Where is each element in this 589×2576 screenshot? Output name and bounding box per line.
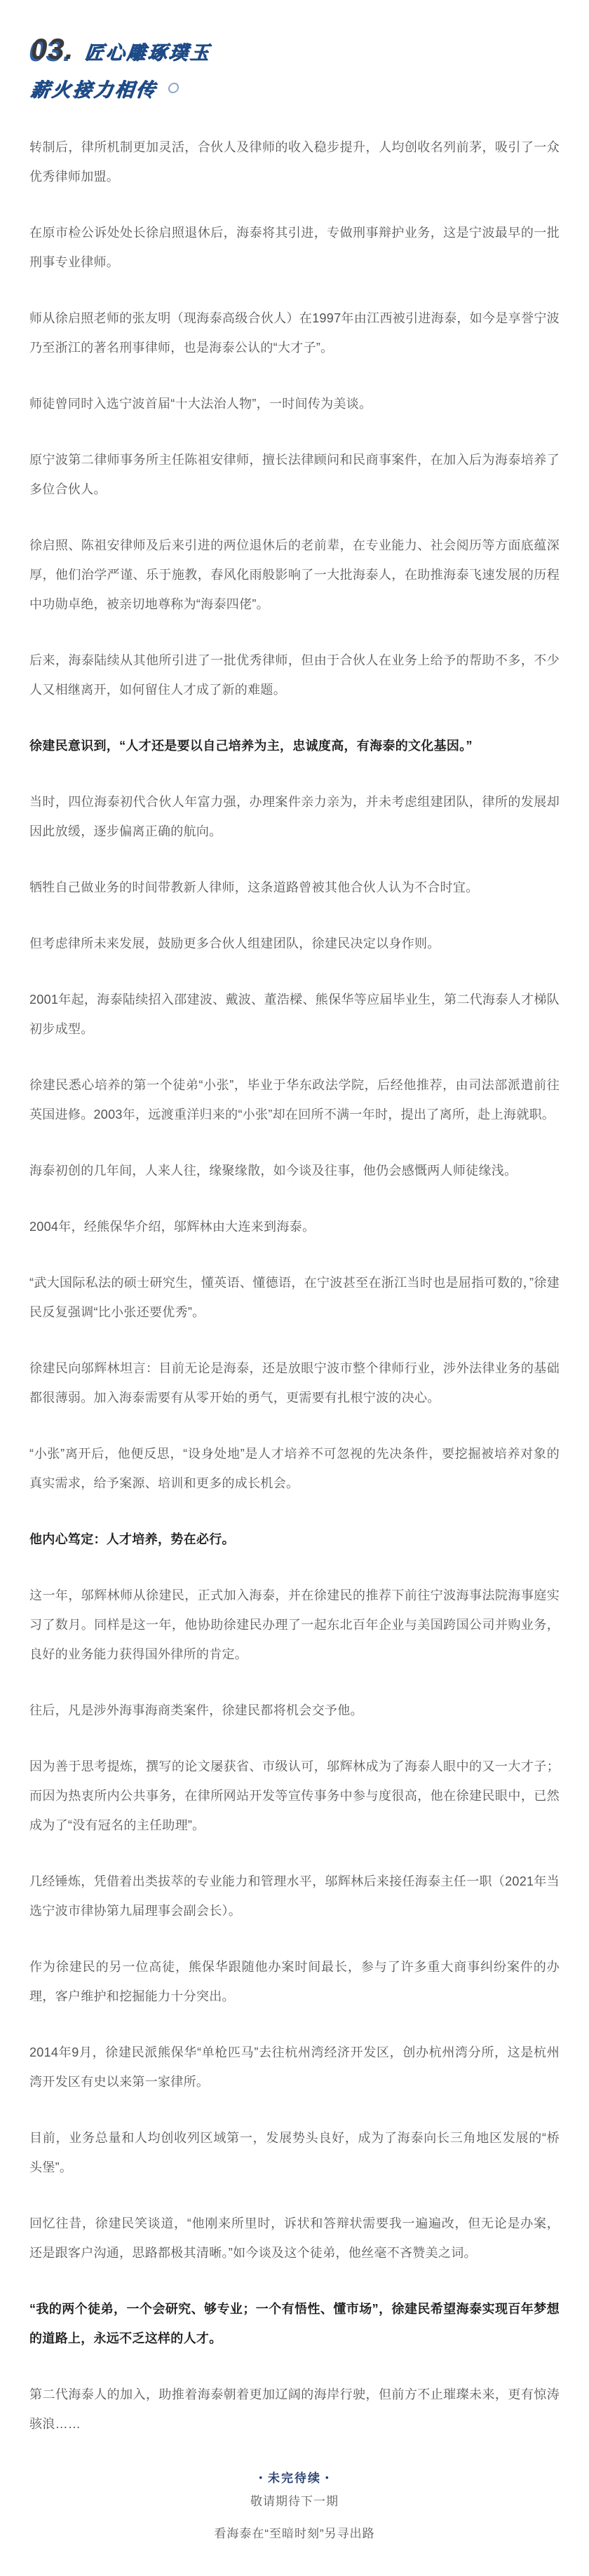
title-circle-icon	[168, 83, 180, 93]
paragraph: 徐建民悉心培养的第一个徒弟“小张”，毕业于华东政法学院，后经他推荐，由司法部派遣…	[29, 1070, 560, 1129]
right-dot-icon: •	[321, 2472, 334, 2483]
footer-line-2: 看海泰在“至暗时刻”另寻出路	[29, 2518, 560, 2550]
paragraph: 因为善于思考提炼，撰写的论文屡获省、市级认可，邬辉林成为了海泰人眼中的又一大才子…	[29, 1752, 560, 1840]
paragraph: 徐建民向邬辉林坦言：目前无论是海泰，还是放眼宁波市整个律师行业，涉外法律业务的基…	[29, 1354, 560, 1412]
left-dot-icon: •	[255, 2472, 268, 2483]
paragraph: 回忆往昔，徐建民笑谈道，“他刚来所里时，诉状和答辩状需要我一遍遍改，但无论是办案…	[29, 2209, 560, 2268]
footer: •未完待续• 敬请期待下一期 看海泰在“至暗时刻”另寻出路	[29, 2468, 560, 2550]
article-body: 转制后，律所机制更加灵活，合伙人及律师的收入稳步提升，人均创收名列前茅，吸引了一…	[29, 132, 560, 2439]
footer-line-1: 敬请期待下一期	[29, 2486, 560, 2518]
title-text-line1: 匠心雕琢璞玉	[83, 37, 212, 64]
title-line-2: 薪火接力相传	[31, 74, 560, 102]
paragraph: 师从徐启照老师的张友明（现海泰高级合伙人）在1997年由江西被引进海泰，如今是享…	[29, 304, 560, 362]
paragraph: 徐建民意识到，“人才还是要以自己培养为主，忠诚度高，有海泰的文化基因。”	[29, 731, 560, 761]
paragraph: “武大国际私法的硕士研究生，懂英语、懂德语，在宁波甚至在浙江当时也是屈指可数的，…	[29, 1268, 560, 1327]
paragraph: 在原市检公诉处处长徐启照退休后，海泰将其引进，专做刑事辩护业务，这是宁波最早的一…	[29, 218, 560, 277]
paragraph: 后来，海泰陆续从其他所引进了一批优秀律师，但由于合伙人在业务上给予的帮助不多，不…	[29, 646, 560, 704]
paragraph: 徐启照、陈祖安律师及后来引进的两位退休后的老前辈，在专业能力、社会阅历等方面底蕴…	[29, 531, 560, 619]
paragraph: 2004年，经熊保华介绍，邬辉林由大连来到海泰。	[29, 1212, 560, 1241]
paragraph: “我的两个徒弟，一个会研究、够专业；一个有悟性、懂市场”，徐建民希望海泰实现百年…	[29, 2294, 560, 2353]
paragraph: 原宁波第二律师事务所主任陈祖安律师，擅长法律顾问和民商事案件，在加入后为海泰培养…	[29, 445, 560, 504]
paragraph: 当时，四位海泰初代合伙人年富力强，办理案件亲力亲为，并未考虑组建团队，律所的发展…	[29, 787, 560, 846]
paragraph: 目前，业务总量和人均创收列区域第一，发展势头良好，成为了海泰向长三角地区发展的“…	[29, 2123, 560, 2182]
paragraph: 往后，凡是涉外海事海商类案件，徐建民都将机会交予他。	[29, 1696, 560, 1725]
paragraph: 转制后，律所机制更加灵活，合伙人及律师的收入稳步提升，人均创收名列前茅，吸引了一…	[29, 132, 560, 191]
paragraph: “小张”离开后，他便反思，“设身处地”是人才培养不可忽视的先决条件，要挖掘被培养…	[29, 1439, 560, 1498]
title-line-1: 03. 匠心雕琢璞玉	[31, 32, 560, 66]
paragraph: 这一年，邬辉林师从徐建民，正式加入海泰，并在徐建民的推荐下前往宁波海事法院海事庭…	[29, 1581, 560, 1669]
paragraph: 他内心笃定：人才培养，势在必行。	[29, 1525, 560, 1554]
page-title: 03. 匠心雕琢璞玉 薪火接力相传	[31, 32, 560, 102]
title-text-line2: 薪火接力相传	[29, 74, 158, 102]
title-number: 03.	[31, 32, 74, 66]
paragraph: 师徒曾同时入选宁波首届“十大法治人物”，一时间传为美谈。	[29, 389, 560, 418]
paragraph: 海泰初创的几年间，人来人往，缘聚缘散，如今谈及往事，他仍会感慨两人师徒缘浅。	[29, 1156, 560, 1185]
paragraph: 作为徐建民的另一位高徒，熊保华跟随他办案时间最长，参与了许多重大商事纠纷案件的办…	[29, 1952, 560, 2011]
paragraph: 2001年起，海泰陆续招入邵建波、戴波、董浩樑、熊保华等应届毕业生，第二代海泰人…	[29, 985, 560, 1044]
paragraph: 几经锤炼，凭借着出类拔萃的专业能力和管理水平，邬辉林后来接任海泰主任一职（202…	[29, 1867, 560, 1926]
article-page: 03. 匠心雕琢璞玉 薪火接力相传 转制后，律所机制更加灵活，合伙人及律师的收入…	[0, 0, 589, 2576]
ending-badge-label: 未完待续	[268, 2472, 321, 2485]
paragraph: 第二代海泰人的加入，助推着海泰朝着更加辽阔的海岸行驶，但前方不止璀璨未来，更有惊…	[29, 2380, 560, 2439]
ending-badge: •未完待续•	[29, 2468, 560, 2486]
paragraph: 牺牲自己做业务的时间带教新人律师，这条道路曾被其他合伙人认为不合时宜。	[29, 873, 560, 902]
paragraph: 但考虑律所未来发展，鼓励更多合伙人组建团队，徐建民决定以身作则。	[29, 929, 560, 958]
paragraph: 2014年9月，徐建民派熊保华“单枪匹马”去往杭州湾经济开发区，创办杭州湾分所，…	[29, 2038, 560, 2097]
